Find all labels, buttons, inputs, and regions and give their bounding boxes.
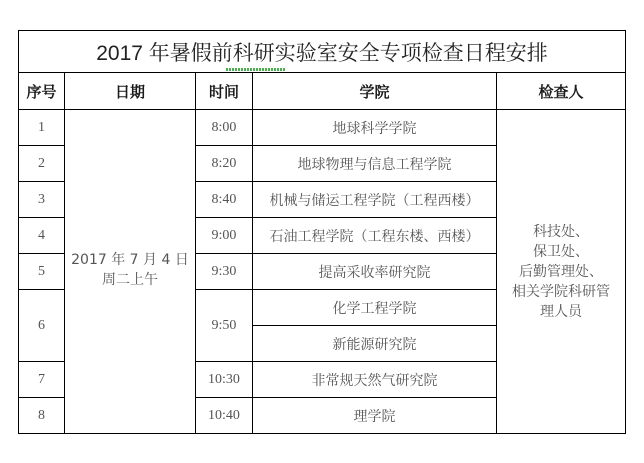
inspector-cell: 科技处、 保卫处、 后勤管理处、 相关学院科研管 理人员 [497,110,626,434]
table-row: 1 2017 年 7 月 4 日 周二上午 8:00 地球科学学院 科技处、 保… [19,110,626,146]
inspector-line: 理人员 [497,302,625,322]
seq-cell: 6 [19,290,65,362]
seq-cell: 1 [19,110,65,146]
title-row: 2017 年暑假前科研实验室安全专项检查日程安排 [19,31,626,73]
college-cell: 石油工程学院（工程东楼、西楼） [253,218,497,254]
header-seq: 序号 [19,73,65,110]
header-inspector: 检查人 [497,73,626,110]
college-cell: 非常规天然气研究院 [253,362,497,398]
header-time: 时间 [196,73,253,110]
seq-cell: 2 [19,146,65,182]
seq-cell: 7 [19,362,65,398]
seq-cell: 4 [19,218,65,254]
schedule-table: 2017 年暑假前科研实验室安全专项检查日程安排 序号 日期 时间 学院 检查人… [18,30,626,434]
time-cell: 9:30 [196,254,253,290]
time-cell: 8:00 [196,110,253,146]
table-title: 2017 年暑假前科研实验室安全专项检查日程安排 [96,42,548,65]
date-line2: 周二上午 [65,270,195,290]
inspector-line: 保卫处、 [497,242,625,262]
inspector-line: 科技处、 [497,222,625,242]
college-cell: 新能源研究院 [253,326,497,362]
seq-cell: 8 [19,398,65,434]
date-cell: 2017 年 7 月 4 日 周二上午 [65,110,196,434]
time-cell: 8:20 [196,146,253,182]
time-cell: 9:50 [196,290,253,362]
college-cell: 理学院 [253,398,497,434]
college-cell: 机械与储运工程学院（工程西楼） [253,182,497,218]
college-cell: 地球科学学院 [253,110,497,146]
inspector-line: 相关学院科研管 [497,282,625,302]
seq-cell: 3 [19,182,65,218]
time-cell: 10:30 [196,362,253,398]
college-cell: 提高采收率研究院 [253,254,497,290]
college-cell: 化学工程学院 [253,290,497,326]
header-date: 日期 [65,73,196,110]
seq-cell: 5 [19,254,65,290]
time-cell: 9:00 [196,218,253,254]
time-cell: 8:40 [196,182,253,218]
spellcheck-underline [226,68,286,71]
header-row: 序号 日期 时间 学院 检查人 [19,73,626,110]
date-line1: 2017 年 7 月 4 日 [65,250,195,270]
college-cell: 地球物理与信息工程学院 [253,146,497,182]
table-title-cell: 2017 年暑假前科研实验室安全专项检查日程安排 [19,31,626,73]
time-cell: 10:40 [196,398,253,434]
header-college: 学院 [253,73,497,110]
inspector-line: 后勤管理处、 [497,262,625,282]
